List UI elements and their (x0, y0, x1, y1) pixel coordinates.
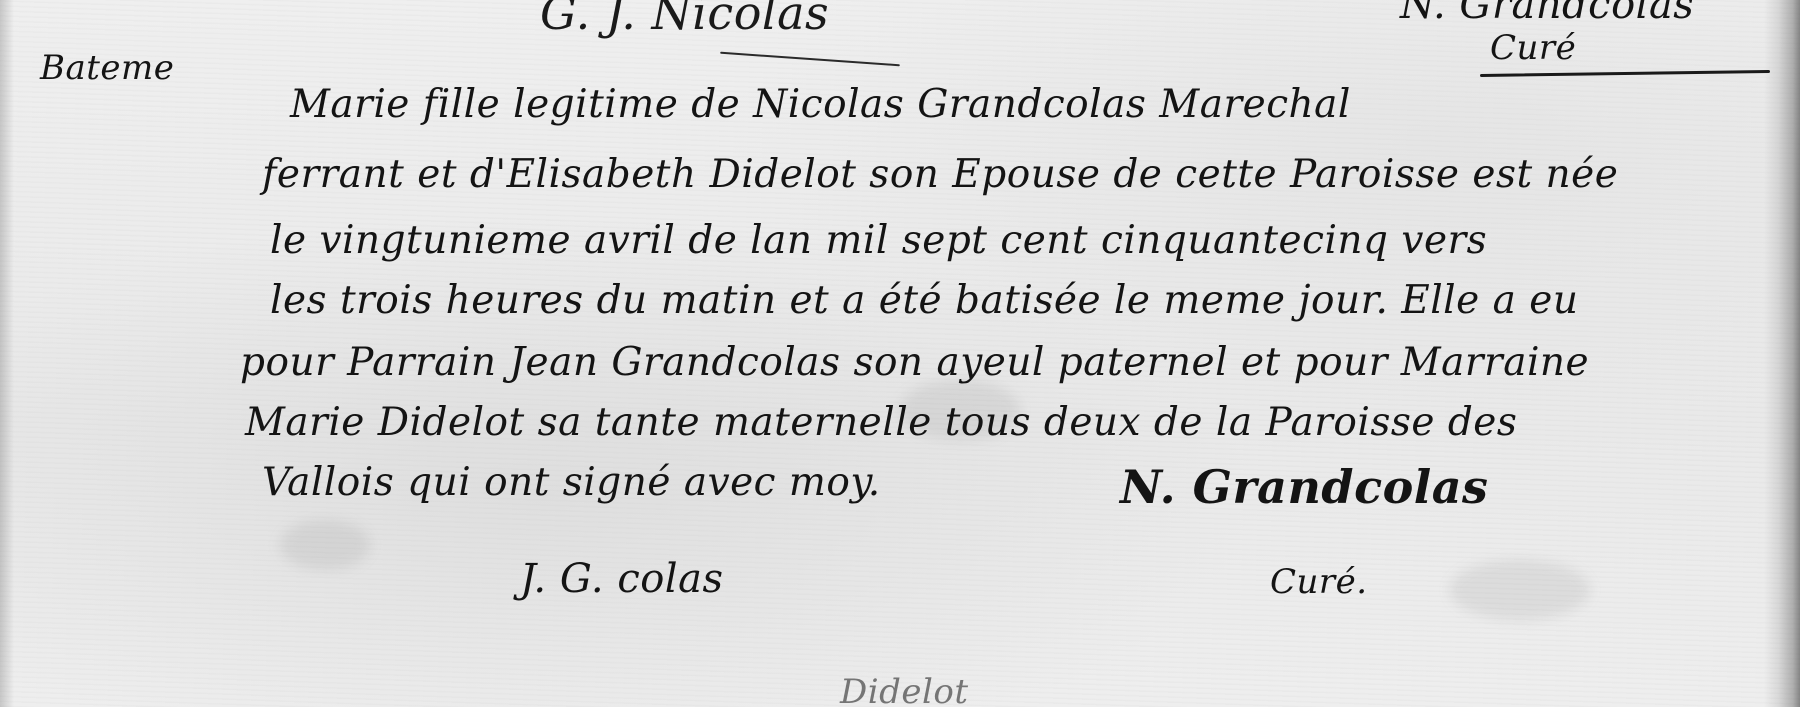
paper-stain (1450, 560, 1590, 620)
previous-entry-priest-title: Curé (1490, 28, 1576, 68)
record-line-5: pour Parrain Jean Grandcolas son ayeul p… (240, 340, 1589, 385)
previous-entry-priest-signature: N. Grandcolas (1400, 0, 1694, 28)
next-entry-faint-text: Didelot (840, 672, 969, 707)
signature-flourish (720, 52, 900, 67)
record-line-2: ferrant et d'Elisabeth Didelot son Epous… (262, 152, 1618, 197)
record-line-7: Vallois qui ont signé avec moy. (262, 460, 881, 505)
priest-title: Curé. (1270, 562, 1368, 602)
register-page: G. J. Nicolas N. Grandcolas Curé Bateme … (0, 0, 1800, 707)
godfather-signature: J. G. colas (520, 556, 723, 602)
margin-note-bapteme: Bateme (40, 48, 174, 88)
priest-signature: N. Grandcolas (1120, 460, 1488, 514)
page-left-edge (0, 0, 14, 707)
record-line-1: Marie fille legitime de Nicolas Grandcol… (290, 82, 1351, 127)
previous-entry-fragment: G. J. Nicolas (540, 0, 829, 40)
page-right-edge-shadow (1764, 0, 1800, 707)
record-line-6: Marie Didelot sa tante maternelle tous d… (245, 400, 1517, 445)
paper-stain (280, 520, 370, 570)
record-line-3: le vingtunieme avril de lan mil sept cen… (270, 218, 1487, 263)
entry-separator-rule (1480, 70, 1770, 77)
record-line-4: les trois heures du matin et a été batis… (270, 278, 1578, 323)
